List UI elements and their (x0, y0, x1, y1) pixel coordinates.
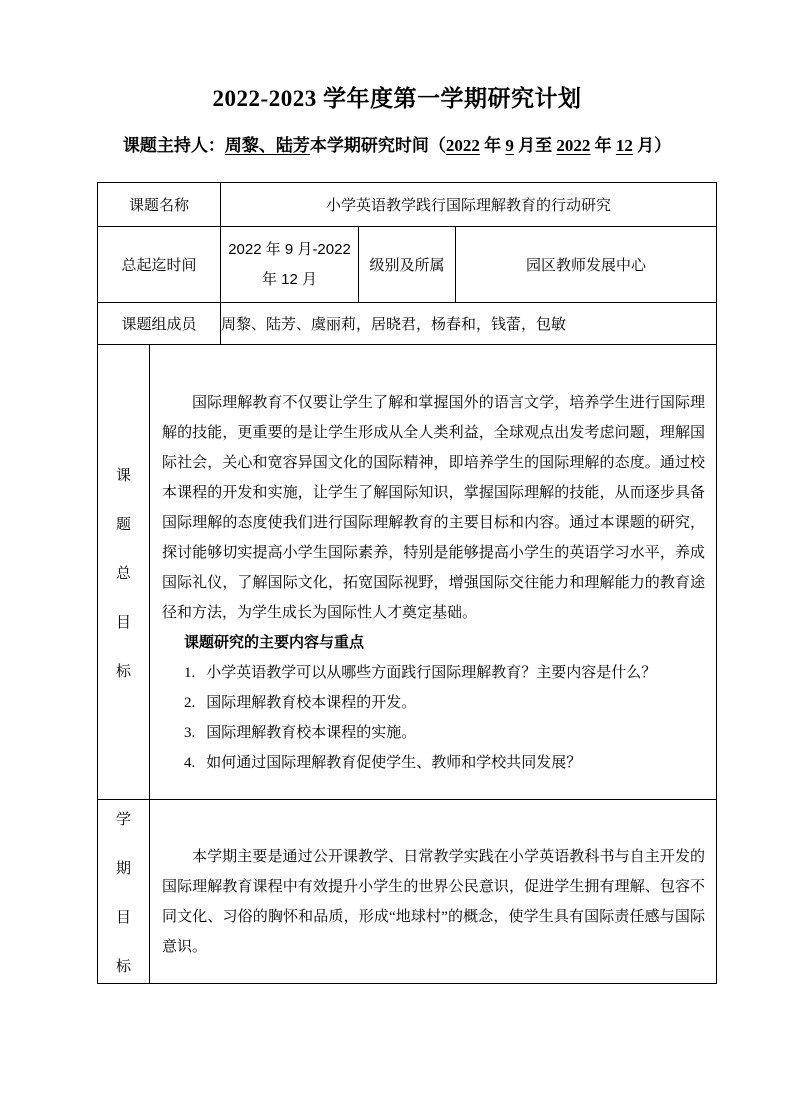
semester-goal-label-char: 目 (116, 906, 131, 927)
research-item-1: 1.小学英语教学可以从哪些方面践行国际理解教育？主要内容是什么？ (184, 658, 705, 688)
research-plan-table: 课题名称 小学英语教学践行国际理解教育的行动研究 总起迄时间 2022 年 9 … (97, 182, 717, 984)
subtitle-sep-month: 月至 (514, 136, 557, 155)
topic-name-value: 小学英语教学践行国际理解教育的行动研究 (221, 183, 717, 227)
semester-goal-label-char: 期 (116, 857, 131, 878)
table-row-overall-goal: 课 题 总 目 标 国际理解教育不仅要让学生了解和掌握国外的语言文学，培养学生进… (98, 345, 717, 800)
overall-goal-paragraph: 国际理解教育不仅要让学生了解和掌握国外的语言文学，培养学生进行国际理解的技能，更… (162, 388, 705, 628)
subtitle-year-end: 2022 (556, 136, 590, 155)
table-row-members: 课题组成员 周黎、陆芳、虞丽莉，居晓君，杨春和，钱蕾，包敏 (98, 303, 717, 345)
overall-goal-label: 课 题 总 目 标 (98, 464, 149, 681)
subtitle-sep-year1: 年 (480, 136, 506, 155)
semester-goal-content-cell: 本学期主要是通过公开课教学、日常教学实践在小学英语教科书与自主开发的国际理解教育… (150, 800, 717, 984)
semester-goal-label: 学 期 目 标 (98, 808, 149, 976)
overall-goal-label-char: 课 (116, 464, 131, 485)
overall-goal-label-cell: 课 题 总 目 标 (98, 345, 150, 800)
duration-value-line2: 年 12 月 (221, 265, 358, 295)
overall-goal-label-char: 总 (116, 562, 131, 583)
table-row-duration-level: 总起迄时间 2022 年 9 月-2022 年 12 月 级别及所属 园区教师发… (98, 227, 717, 303)
research-item-3-number: 3. (184, 718, 195, 748)
research-item-4: 4.如何通过国际理解教育促使学生、教师和学校共同发展？ (184, 748, 705, 778)
overall-goal-label-char: 标 (116, 660, 131, 681)
level-value: 园区教师发展中心 (456, 227, 717, 303)
level-label: 级别及所属 (359, 227, 456, 303)
subtitle-year-start: 2022 (446, 136, 480, 155)
subtitle-suffix: 月） (633, 136, 671, 155)
research-item-2: 2.国际理解教育校本课程的开发。 (184, 688, 705, 718)
research-item-1-text: 小学英语教学可以从哪些方面践行国际理解教育？主要内容是什么？ (206, 665, 656, 681)
document-page: 2022-2023 学年度第一学期研究计划 课题主持人：周黎、陆芳本学期研究时间… (0, 0, 794, 984)
research-item-3: 3.国际理解教育校本课程的实施。 (184, 718, 705, 748)
research-item-2-text: 国际理解教育校本课程的开发。 (206, 695, 416, 711)
semester-goal-label-char: 学 (116, 808, 131, 829)
semester-goal-label-cell: 学 期 目 标 (98, 800, 150, 984)
subtitle-mid: 本学期研究时间（ (310, 136, 446, 155)
table-row-topic: 课题名称 小学英语教学践行国际理解教育的行动研究 (98, 183, 717, 227)
subtitle-prefix: 课题主持人： (123, 136, 225, 155)
research-item-4-number: 4. (184, 748, 195, 778)
topic-name-label: 课题名称 (98, 183, 221, 227)
research-item-4-text: 如何通过国际理解教育促使学生、教师和学校共同发展？ (206, 755, 581, 771)
members-value: 周黎、陆芳、虞丽莉，居晓君，杨春和，钱蕾，包敏 (221, 303, 717, 345)
semester-goal-label-char: 标 (116, 955, 131, 976)
overall-goal-content: 国际理解教育不仅要让学生了解和掌握国外的语言文学，培养学生进行国际理解的技能，更… (150, 367, 716, 778)
research-item-2-number: 2. (184, 688, 195, 718)
duration-label: 总起迄时间 (98, 227, 221, 303)
page-title: 2022-2023 学年度第一学期研究计划 (0, 84, 794, 114)
subtitle-month-start: 9 (505, 136, 514, 155)
subtitle-sep-year2: 年 (590, 136, 616, 155)
research-item-3-text: 国际理解教育校本课程的实施。 (206, 725, 416, 741)
duration-value-line1: 2022 年 9 月-2022 (221, 235, 358, 265)
members-label: 课题组成员 (98, 303, 221, 345)
table-row-semester-goal: 学 期 目 标 本学期主要是通过公开课教学、日常教学实践在小学英语教科书与自主开… (98, 800, 717, 984)
semester-goal-content: 本学期主要是通过公开课教学、日常教学实践在小学英语教科书与自主开发的国际理解教育… (150, 821, 716, 962)
semester-goal-paragraph: 本学期主要是通过公开课教学、日常教学实践在小学英语教科书与自主开发的国际理解教育… (162, 842, 705, 962)
duration-value: 2022 年 9 月-2022 年 12 月 (221, 227, 359, 303)
research-item-1-number: 1. (184, 658, 195, 688)
research-content-heading: 课题研究的主要内容与重点 (184, 628, 705, 658)
subtitle: 课题主持人：周黎、陆芳本学期研究时间（2022 年 9 月至 2022 年 12… (0, 131, 794, 156)
overall-goal-content-cell: 国际理解教育不仅要让学生了解和掌握国外的语言文学，培养学生进行国际理解的技能，更… (150, 345, 717, 800)
subtitle-hosts: 周黎、陆芳 (225, 136, 310, 155)
overall-goal-label-char: 目 (116, 611, 131, 632)
subtitle-month-end: 12 (616, 136, 633, 155)
overall-goal-label-char: 题 (116, 513, 131, 534)
